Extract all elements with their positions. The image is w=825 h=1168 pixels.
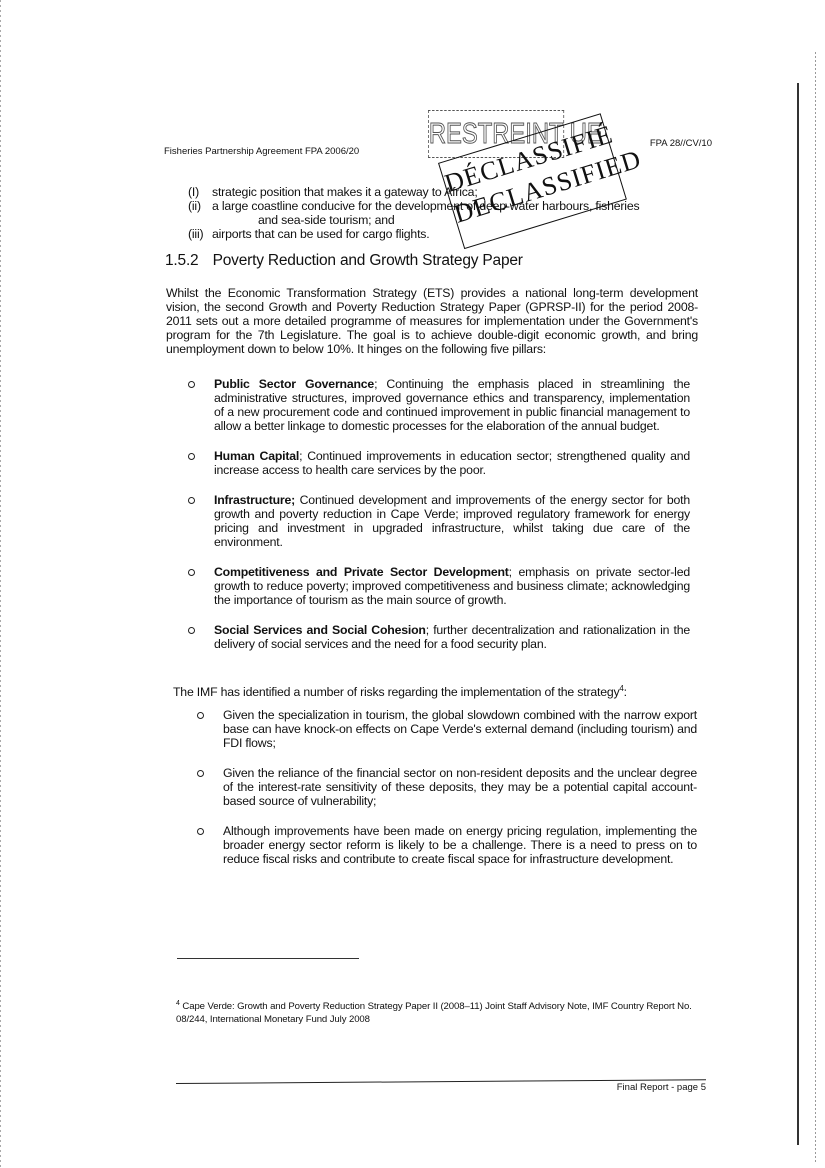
imf-intro-suffix: : xyxy=(624,685,627,699)
list-number: (iii) xyxy=(188,227,203,241)
footnote: 4 Cape Verde: Growth and Poverty Reducti… xyxy=(176,997,706,1026)
bullet-circle-icon xyxy=(188,453,195,460)
bullet-circle-icon xyxy=(188,569,195,576)
imf-intro: The IMF has identified a number of risks… xyxy=(173,682,713,699)
list-item: Social Services and Social Cohesion; fur… xyxy=(188,623,690,651)
section-heading: 1.5.2 Poverty Reduction and Growth Strat… xyxy=(165,252,523,270)
pillar-title: Competitiveness and Private Sector Devel… xyxy=(214,565,509,579)
list-text: strategic position that makes it a gatew… xyxy=(212,185,478,199)
list-text: airports that can be used for cargo flig… xyxy=(212,227,429,241)
scan-edge-right-outer xyxy=(815,52,816,1162)
section-number: 1.5.2 xyxy=(165,252,198,269)
bullet-circle-icon xyxy=(197,828,204,835)
pillar-title: Human Capital xyxy=(214,449,299,463)
imf-intro-text: The IMF has identified a number of risks… xyxy=(173,685,619,699)
bullet-circle-icon xyxy=(197,770,204,777)
bullet-circle-icon xyxy=(188,381,195,388)
pillar-title: Social Services and Social Cohesion xyxy=(214,623,426,637)
list-item: Given the reliance of the financial sect… xyxy=(197,766,697,808)
header-title: Fisheries Partnership Agreement FPA 2006… xyxy=(164,146,359,157)
risk-text: Given the specialization in tourism, the… xyxy=(223,708,697,750)
list-number: (I) xyxy=(188,185,199,199)
list-text-continued: and sea-side tourism; and xyxy=(212,213,688,227)
document-page: Fisheries Partnership Agreement FPA 2006… xyxy=(0,0,825,1168)
bullet-circle-icon xyxy=(197,712,204,719)
list-item: Infrastructure; Continued development an… xyxy=(188,493,690,549)
scan-edge-right xyxy=(797,83,799,1145)
list-item: Given the specialization in tourism, the… xyxy=(197,708,697,750)
list-item: Public Sector Governance; Continuing the… xyxy=(188,377,690,433)
body-paragraph: Whilst the Economic Transformation Strat… xyxy=(166,286,698,356)
footnote-text: Cape Verde: Growth and Poverty Reduction… xyxy=(176,1001,692,1025)
list-item: (iii) airports that can be used for carg… xyxy=(188,227,688,241)
risks-list: Given the specialization in tourism, the… xyxy=(197,708,697,882)
pillar-title: Infrastructure; xyxy=(214,493,295,507)
scan-edge-left xyxy=(0,0,1,1168)
risk-text: Although improvements have been made on … xyxy=(223,824,697,866)
header-reference: FPA 28//CV/10 xyxy=(650,138,712,149)
pillar-title: Public Sector Governance xyxy=(214,377,374,391)
list-item: Competitiveness and Private Sector Devel… xyxy=(188,565,690,607)
risk-text: Given the reliance of the financial sect… xyxy=(223,766,697,808)
list-item: Although improvements have been made on … xyxy=(197,824,697,866)
footnote-divider xyxy=(177,958,359,959)
pillars-list: Public Sector Governance; Continuing the… xyxy=(188,377,690,667)
section-title: Poverty Reduction and Growth Strategy Pa… xyxy=(213,252,523,269)
footnote-number: 4 xyxy=(176,1000,180,1007)
bullet-circle-icon xyxy=(188,627,195,634)
list-number: (ii) xyxy=(188,199,201,213)
bullet-circle-icon xyxy=(188,497,195,504)
page-footer: Final Report - page 5 xyxy=(617,1082,706,1093)
list-item: Human Capital; Continued improvements in… xyxy=(188,449,690,477)
